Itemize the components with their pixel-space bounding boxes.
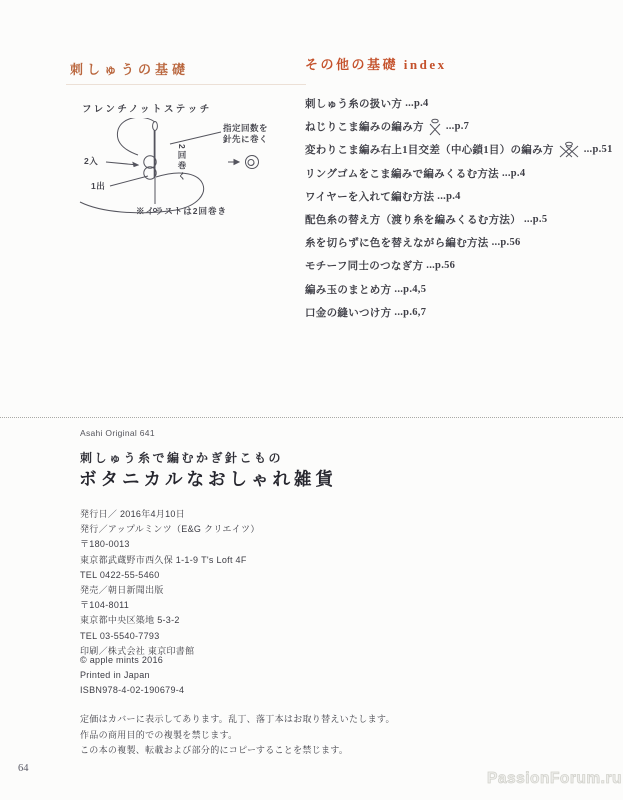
book-page: 刺しゅうの基礎 フレンチノットステッチ — [0, 0, 623, 800]
copyright-line: © apple mints 2016 — [80, 653, 184, 668]
publication-line: 発行日／ 2016年4月10日 — [80, 507, 260, 522]
publication-line: 〒180-0013 — [80, 537, 260, 552]
stitch-name-label: フレンチノットステッチ — [82, 101, 212, 115]
index-item-text: 口金の縫いつけ方 — [305, 305, 391, 320]
publication-line: TEL 03-5540-7793 — [80, 629, 260, 644]
notice-line: この本の複製、転載および部分的にコピーすることを禁じます。 — [80, 743, 395, 759]
index-item-text: モチーフ同士のつなぎ方 — [305, 258, 423, 273]
needle-eye-icon — [153, 122, 158, 131]
index-item-text: リングゴムをこま編みで編みくるむ方法 — [305, 166, 499, 181]
twisted-single-crochet-icon — [428, 118, 442, 136]
insert-point-label: 2入 — [84, 156, 98, 167]
knot-result-icon — [246, 156, 259, 169]
index-item: 刺しゅう糸の扱い方 ...p.4 — [305, 92, 615, 115]
publication-line: 東京都中央区築地 5-3-2 — [80, 613, 260, 628]
legal-notice: 定価はカバーに表示してあります。乱丁、落丁本はお取り替えいたします。 作品の商用… — [80, 712, 395, 759]
wrap-note-label: 指定回数を 針先に巻く — [223, 123, 283, 145]
publication-info: 発行日／ 2016年4月10日 発行／アップルミンツ（E&G クリエイツ） 〒1… — [80, 507, 260, 659]
copyright-line: Printed in Japan — [80, 668, 184, 683]
dotted-divider — [0, 417, 623, 418]
basics-section-title: 刺しゅうの基礎 — [70, 59, 189, 78]
notice-line: 作品の商用目的での複製を禁じます。 — [80, 728, 395, 744]
publication-line: TEL 0422-55-5460 — [80, 568, 260, 583]
index-item-text: 配色糸の替え方（渡り糸を編みくるむ方法） — [305, 212, 521, 227]
index-item: 糸を切らずに色を替えながら編む方法 ...p.56 — [305, 231, 615, 254]
diagram-caption: ※イラストは2回巻き — [136, 206, 227, 217]
index-section-title: その他の基礎 index — [305, 54, 447, 73]
thread-top-loop — [117, 118, 155, 155]
index-page-ref: ...p.4,5 — [394, 284, 426, 295]
wrap-count-label: 2回巻く — [176, 144, 187, 182]
index-page-ref: ...p.4 — [405, 98, 428, 109]
index-item: ねじりこま編みの編み方 ...p.7 — [305, 115, 615, 138]
index-item-text: ワイヤーを入れて編む方法 — [305, 189, 434, 204]
index-item: モチーフ同士のつなぎ方 ...p.56 — [305, 254, 615, 277]
index-page-ref: ...p.56 — [492, 237, 521, 248]
index-item-text: 糸を切らずに色を替えながら編む方法 — [305, 235, 489, 250]
index-item: 変わりこま編み右上1目交差（中心鎖1目）の編み方 ...p.51 — [305, 138, 615, 161]
index-page-ref: ...p.51 — [584, 144, 613, 155]
index-item-text: 編み玉のまとめ方 — [305, 282, 391, 297]
page-number: 64 — [18, 763, 29, 774]
crossed-single-crochet-icon — [558, 141, 580, 159]
publication-line: 発売／朝日新聞出版 — [80, 583, 260, 598]
index-item: 編み玉のまとめ方 ...p.4,5 — [305, 278, 615, 301]
index-page-ref: ...p.56 — [426, 260, 455, 271]
index-page-ref: ...p.7 — [446, 121, 469, 132]
book-title: ボタニカルなおしゃれ雑貨 — [79, 466, 337, 491]
index-item: ワイヤーを入れて編む方法 ...p.4 — [305, 185, 615, 208]
out-point-label: 1出 — [91, 181, 105, 192]
series-label: Asahi Original 641 — [80, 428, 155, 438]
index-item: リングゴムをこま編みで編みくるむ方法 ...p.4 — [305, 162, 615, 185]
book-subtitle: 刺しゅう糸で編むかぎ針こもの — [80, 449, 283, 466]
index-item-text: 刺しゅう糸の扱い方 — [305, 96, 402, 111]
publication-line: 東京都武蔵野市西久保 1-1-9 T's Loft 4F — [80, 553, 260, 568]
publication-line: 発行／アップルミンツ（E&G クリエイツ） — [80, 522, 260, 537]
notice-line: 定価はカバーに表示してあります。乱丁、落丁本はお取り替えいたします。 — [80, 712, 395, 728]
index-item-text: ねじりこま編みの編み方 — [305, 119, 424, 134]
watermark: PassionForum.ru — [487, 770, 622, 788]
publication-line: 〒104-8011 — [80, 598, 260, 613]
index-item: 配色糸の替え方（渡り糸を編みくるむ方法） ...p.5 — [305, 208, 615, 231]
french-knot-diagram: 指定回数を 針先に巻く 2入 1出 2回巻く ※イラストは2回巻き — [78, 118, 298, 222]
index-list: 刺しゅう糸の扱い方 ...p.4 ねじりこま編みの編み方 ...p.7 変わりこ… — [305, 92, 615, 324]
copyright-info: © apple mints 2016 Printed in Japan ISBN… — [80, 653, 184, 699]
index-page-ref: ...p.5 — [524, 214, 547, 225]
basics-title-rule — [66, 84, 306, 85]
index-page-ref: ...p.4 — [437, 191, 460, 202]
isbn-line: ISBN978-4-02-190679-4 — [80, 683, 184, 698]
index-item: 口金の縫いつけ方 ...p.6,7 — [305, 301, 615, 324]
index-page-ref: ...p.6,7 — [394, 307, 426, 318]
index-item-text: 変わりこま編み右上1目交差（中心鎖1目）の編み方 — [305, 142, 554, 157]
index-page-ref: ...p.4 — [502, 168, 525, 179]
